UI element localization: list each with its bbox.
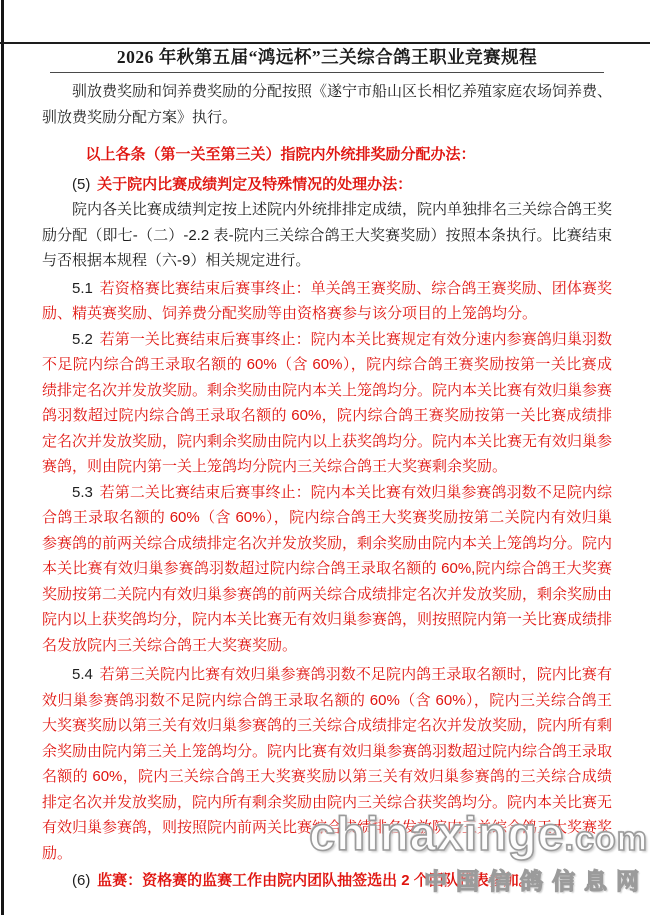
rule-5-2-text: 若第一关比赛结束后赛事终止：院内本关比赛规定有效分速内参赛鸽归巢羽数不足院内综合… — [42, 331, 612, 476]
page-top-rule — [0, 42, 650, 44]
rule-5-2: 5.2若第一关比赛结束后赛事终止：院内本关比赛规定有效分速内参赛鸽归巢羽数不足院… — [42, 327, 612, 480]
title-underline — [50, 72, 604, 73]
rule-5-1-text: 若资格赛比赛结束后赛事终止：单关鸽王赛奖励、综合鸽王赛奖励、团体赛奖励、精英赛奖… — [42, 280, 612, 323]
item-5-title: 关于院内比赛成绩判定及特殊情况的处理办法： — [97, 176, 412, 193]
red-heading: 以上各条（第一关至第三关）指院内外统排奖励分配办法： — [42, 142, 612, 168]
rule-5-3: 5.3若第二关比赛结束后赛事终止：院内本关比赛有效归巢参赛鸽羽数不足院内综合鸽王… — [42, 480, 612, 659]
item-6-heading: (6)监赛：资格赛的监赛工作由院内团队抽签选出 2 个团队代表参加。 — [42, 868, 612, 894]
rule-5-3-text: 若第二关比赛结束后赛事终止：院内本关比赛有效归巢参赛鸽羽数不足院内综合鸽王录取名… — [42, 484, 612, 654]
rule-5-4-number: 5.4 — [72, 666, 93, 683]
item-5-number: (5) — [72, 176, 90, 193]
rule-5-2-number: 5.2 — [72, 331, 93, 348]
item-6-title: 监赛：资格赛的监赛工作由院内团队抽签选出 2 个团队代表参加。 — [97, 872, 534, 889]
document-content: 2026 年秋第五届“鸿远杯”三关综合鸽王职业竞赛规程 驯放费奖励和饲养费奖励的… — [42, 46, 612, 894]
page-left-border — [1, 0, 4, 915]
rule-5-1-number: 5.1 — [72, 280, 93, 297]
rule-5-4-text: 若第三关院内比赛有效归巢参赛鸽羽数不足院内鸽王录取名额时，院内比赛有效归巢参赛鸽… — [42, 666, 612, 862]
page-title: 2026 年秋第五届“鸿远杯”三关综合鸽王职业竞赛规程 — [42, 46, 612, 68]
item-6-number: (6) — [72, 872, 90, 889]
rule-5-4: 5.4若第三关院内比赛有效归巢参赛鸽羽数不足院内鸽王录取名额时，院内比赛有效归巢… — [42, 662, 612, 866]
document-page: { "doc": { "title": "2026 年秋第五届“鸿远杯”三关综合… — [0, 0, 650, 915]
item-5-heading: (5)关于院内比赛成绩判定及特殊情况的处理办法： — [42, 172, 612, 198]
rule-5-1: 5.1若资格赛比赛结束后赛事终止：单关鸽王赛奖励、综合鸽王赛奖励、团体赛奖励、精… — [42, 276, 612, 327]
judge-paragraph: 院内各关比赛成绩判定按上述院内外统排排定成绩，院内单独排名三关综合鸽王奖励分配（… — [42, 197, 612, 274]
rule-5-3-number: 5.3 — [72, 484, 93, 501]
intro-paragraph: 驯放费奖励和饲养费奖励的分配按照《遂宁市船山区长相忆养殖家庭农场饲养费、驯放费奖… — [42, 79, 612, 130]
